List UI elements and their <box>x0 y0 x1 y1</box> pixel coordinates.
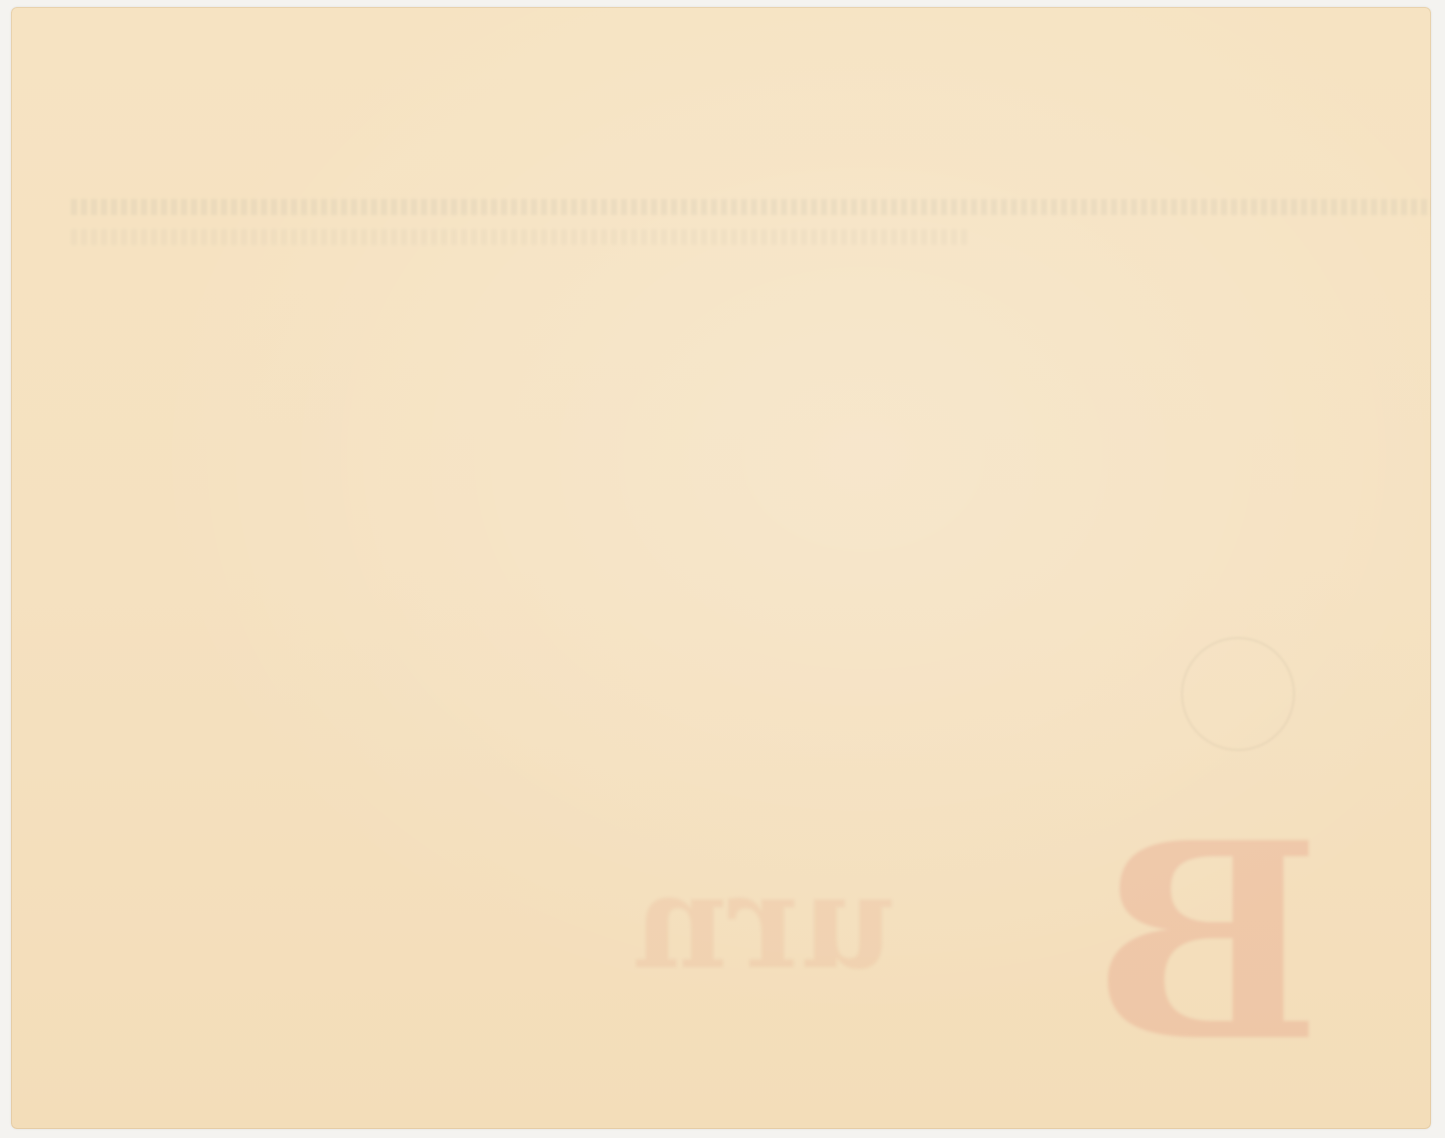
paper-card-back: urn B <box>11 7 1431 1129</box>
bleed-through-text-line <box>71 199 1431 215</box>
bleed-through-circle <box>1181 637 1295 751</box>
bleed-through-red-lettering: B <box>1091 807 1321 1077</box>
bleed-through-text-line <box>71 229 971 245</box>
bleed-through-red-lettering: urn <box>631 857 895 987</box>
